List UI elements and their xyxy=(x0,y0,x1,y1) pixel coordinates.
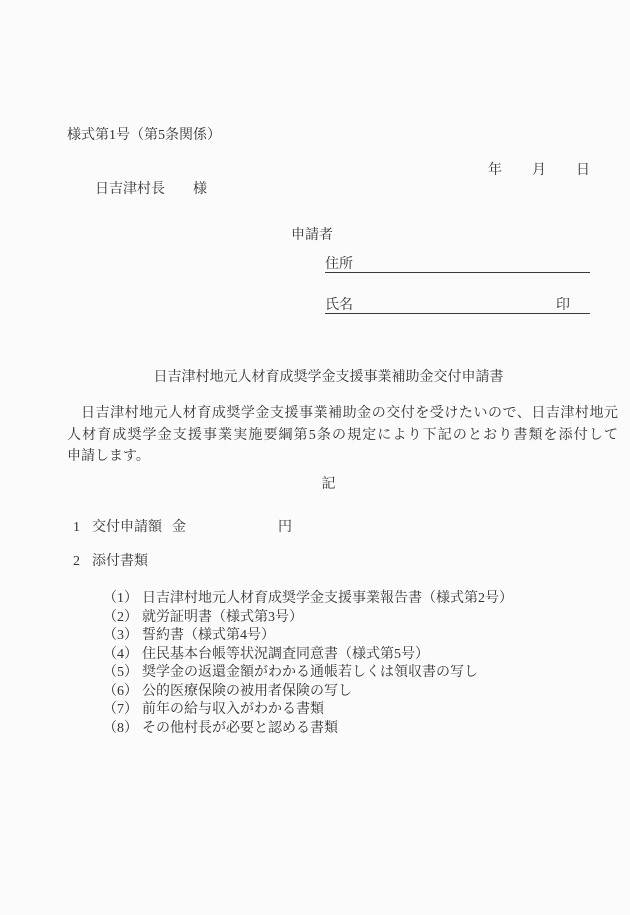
body-line: 申請します。 xyxy=(67,446,618,468)
addressee-honorific: 様 xyxy=(193,183,207,197)
attachment-text: 誓約書（様式第4号） xyxy=(142,627,275,646)
amount-prefix-label: 金 xyxy=(172,521,186,535)
applicant-name-field: 氏名 印 xyxy=(325,299,590,314)
date-month-label: 月 xyxy=(532,164,546,178)
record-heading: 記 xyxy=(67,478,590,492)
attachments-list: （1） 日吉津村地元人材育成奨学金支援事業報告書（様式第2号） （2） 就労証明… xyxy=(103,590,513,738)
body-line: 人材育成奨学金支援事業実施要綱第5条の規定により下記のとおり書類を添付して xyxy=(67,425,618,447)
amount-unit-label: 円 xyxy=(278,521,292,535)
attachment-item: （3） 誓約書（様式第4号） xyxy=(103,627,513,646)
amount-section-row: 1 交付申請額 金 円 xyxy=(73,521,292,535)
applicant-label: 申請者 xyxy=(291,229,333,243)
attachment-number: （3） xyxy=(103,627,138,646)
body-line: 日吉津村地元人材育成奨学金支援事業補助金の交付を受けたいので、日吉津村地元 xyxy=(67,403,618,425)
attachment-text: 奨学金の返還金額がわかる通帳若しくは領収書の写し xyxy=(142,664,478,683)
attachment-number: （1） xyxy=(103,590,138,609)
section-number: 2 xyxy=(73,555,80,569)
section-number: 1 xyxy=(73,521,80,535)
attachment-number: （8） xyxy=(103,720,138,739)
attachment-item: （2） 就労証明書（様式第3号） xyxy=(103,609,513,628)
applicant-address-field: 住所 xyxy=(325,258,590,273)
attachment-item: （7） 前年の給与収入がわかる書類 xyxy=(103,701,513,720)
attachment-number: （4） xyxy=(103,646,138,665)
attachment-item: （6） 公的医療保険の被用者保険の写し xyxy=(103,683,513,702)
attachment-text: 就労証明書（様式第3号） xyxy=(142,609,303,628)
attachment-number: （6） xyxy=(103,683,138,702)
attachment-number: （5） xyxy=(103,664,138,683)
attachment-text: その他村長が必要と認める書類 xyxy=(142,720,338,739)
addressee-line: 日吉津村長 様 xyxy=(95,183,207,197)
attachment-item: （4） 住民基本台帳等状況調査同意書（様式第5号） xyxy=(103,646,513,665)
name-label: 氏名 xyxy=(325,299,353,313)
attachment-item: （5） 奨学金の返還金額がわかる通帳若しくは領収書の写し xyxy=(103,664,513,683)
name-blank-line xyxy=(353,299,556,313)
attachment-text: 日吉津村地元人材育成奨学金支援事業報告書（様式第2号） xyxy=(142,590,513,609)
section-label: 交付申請額 xyxy=(92,521,162,535)
date-line: 年 月 日 xyxy=(67,164,590,178)
addressee-name: 日吉津村長 xyxy=(95,183,165,197)
section-label: 添付書類 xyxy=(92,555,148,569)
attachment-number: （7） xyxy=(103,701,138,720)
address-blank-line xyxy=(353,258,590,272)
document-page: 様式第1号（第5条関係） 年 月 日 日吉津村長 様 申請者 住所 氏名 印 日… xyxy=(0,0,630,915)
seal-label: 印 xyxy=(556,299,590,313)
document-title: 日吉津村地元人材育成奨学金支援事業補助金交付申請書 xyxy=(67,371,590,385)
attachment-text: 住民基本台帳等状況調査同意書（様式第5号） xyxy=(142,646,429,665)
address-label: 住所 xyxy=(325,258,353,272)
attachment-text: 公的医療保険の被用者保険の写し xyxy=(142,683,352,702)
attachments-section-row: 2 添付書類 xyxy=(73,555,148,569)
date-year-label: 年 xyxy=(488,164,502,178)
attachment-item: （1） 日吉津村地元人材育成奨学金支援事業報告書（様式第2号） xyxy=(103,590,513,609)
attachment-item: （8） その他村長が必要と認める書類 xyxy=(103,720,513,739)
form-number: 様式第1号（第5条関係） xyxy=(67,129,221,143)
body-paragraph: 日吉津村地元人材育成奨学金支援事業補助金の交付を受けたいので、日吉津村地元 人材… xyxy=(67,403,618,468)
attachment-text: 前年の給与収入がわかる書類 xyxy=(142,701,324,720)
date-day-label: 日 xyxy=(576,164,590,178)
attachment-number: （2） xyxy=(103,609,138,628)
